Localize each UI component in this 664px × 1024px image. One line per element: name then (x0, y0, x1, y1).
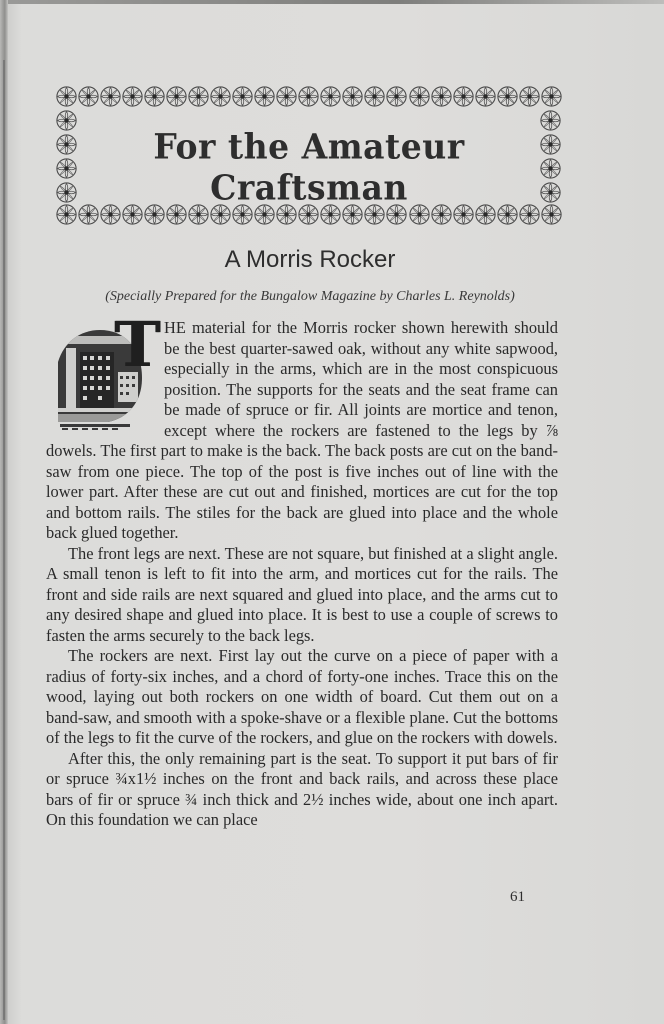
rosette-ornament-icon (144, 86, 165, 107)
rosette-ornament-icon (497, 86, 518, 107)
header-ornamental-frame: For the Amateur Craftsman (56, 86, 562, 226)
article-body: T HE material for the Morris rocker show… (46, 318, 558, 831)
drop-cap-letter: T (114, 314, 160, 376)
drop-cap-block: T (46, 312, 158, 434)
rosette-ornament-icon (276, 86, 297, 107)
rosette-ornament-icon (541, 86, 562, 107)
rosette-ornament-icon (540, 182, 561, 203)
page-top-edge (0, 0, 664, 4)
rosette-ornament-icon (254, 86, 275, 107)
rosette-ornament-icon (56, 86, 77, 107)
rosette-ornament-icon (78, 86, 99, 107)
article-byline: (Specially Prepared for the Bungalow Mag… (0, 289, 620, 305)
rosette-ornament-icon (519, 86, 540, 107)
rosette-ornament-icon (298, 86, 319, 107)
rosette-ornament-icon (475, 86, 496, 107)
rosette-ornament-icon (56, 134, 77, 155)
rosette-ornament-icon (56, 110, 77, 131)
rosette-ornament-icon (320, 86, 341, 107)
rosette-ornament-icon (56, 204, 77, 225)
rosette-ornament-icon (540, 134, 561, 155)
rosette-ornament-icon (409, 86, 430, 107)
rosette-ornament-icon (56, 158, 77, 179)
section-header-title: For the Amateur Craftsman (86, 126, 532, 208)
rosette-ornament-icon (453, 86, 474, 107)
rosette-border-left (56, 108, 78, 204)
paragraph-4: After this, the only remaining part is t… (46, 749, 558, 831)
rosette-ornament-icon (232, 86, 253, 107)
paragraph-3: The rockers are next. First lay out the … (46, 646, 558, 749)
rosette-ornament-icon (166, 86, 187, 107)
rosette-ornament-icon (100, 86, 121, 107)
page-number: 61 (510, 889, 525, 906)
rosette-ornament-icon (431, 86, 452, 107)
rosette-ornament-icon (342, 86, 363, 107)
rosette-border-right (540, 108, 562, 204)
rosette-border-top (56, 86, 562, 108)
rosette-ornament-icon (188, 86, 209, 107)
rosette-ornament-icon (540, 110, 561, 131)
rosette-ornament-icon (56, 182, 77, 203)
article-title: A Morris Rocker (0, 246, 620, 274)
rosette-ornament-icon (541, 204, 562, 225)
paragraph-2: The front legs are next. These are not s… (46, 544, 558, 647)
rosette-ornament-icon (540, 158, 561, 179)
binding-line (3, 60, 5, 1020)
rosette-ornament-icon (122, 86, 143, 107)
rosette-ornament-icon (210, 86, 231, 107)
rosette-ornament-icon (386, 86, 407, 107)
rosette-ornament-icon (364, 86, 385, 107)
